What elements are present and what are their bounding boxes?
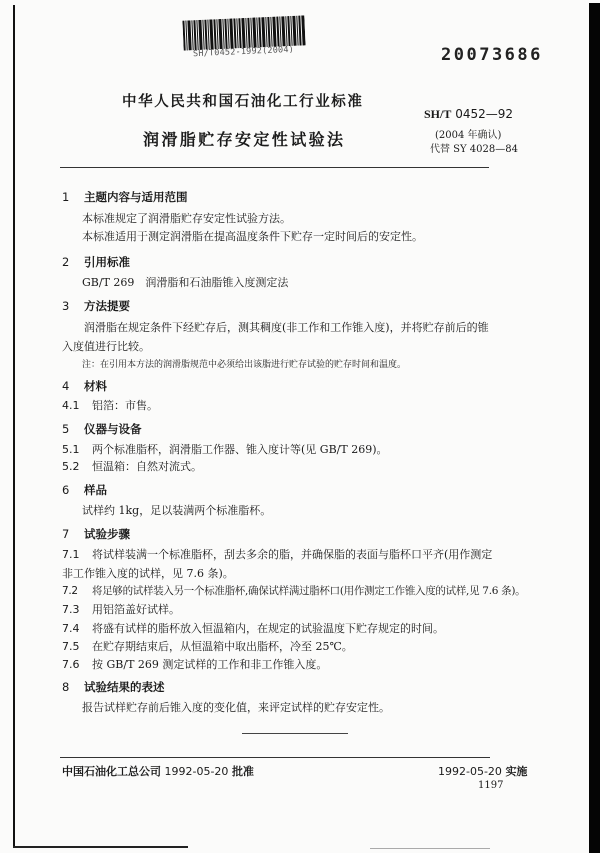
item-5-2: 5.2恒温箱：自然对流式。	[62, 457, 498, 476]
section-title: 主题内容与适用范围	[84, 190, 188, 204]
section-title: 引用标准	[84, 255, 130, 269]
item-7-6: 7.6按 GB/T 269 测定试样的工作和非工作锥入度。	[62, 655, 498, 674]
item-7-4: 7.4将盛有试样的脂杯放入恒温箱内，在规定的试验温度下贮存规定的时间。	[62, 619, 498, 638]
scan-left-edge	[13, 5, 15, 847]
footer-implement-date: 1992-05-20	[438, 765, 502, 778]
item-number: 7.5	[62, 637, 92, 656]
item-7-1: 7.1将试样装满一个标准脂杯，刮去多余的脂，并确保脂的表面与脂杯口平齐(用作测定…	[62, 545, 498, 583]
section-number: 4	[62, 379, 84, 393]
item-4-1: 4.1铝箔：市售。	[62, 396, 498, 415]
section-8-heading: 8试验结果的表述	[62, 679, 165, 695]
footer-implementation: 1992-05-20 实施	[438, 763, 527, 779]
item-text: 将足够的试样装入另一个标准脂杯,确保试样满过脂杯口(用作测定工作锥入度的试样,见…	[92, 585, 525, 597]
scan-right-border	[589, 3, 600, 853]
section-title: 方法提要	[84, 299, 130, 313]
section-2-heading: 2引用标准	[62, 254, 130, 270]
footer-implement-label: 实施	[505, 765, 527, 778]
item-7-2: 7.2将足够的试样装入另一个标准脂杯,确保试样满过脂杯口(用作测定工作锥入度的试…	[62, 582, 498, 601]
item-7-5: 7.5在贮存期结束后，从恒温箱中取出脂杯，冷至 25℃。	[62, 637, 498, 656]
item-number: 7.2	[62, 582, 92, 601]
page-number: 1197	[478, 780, 503, 791]
section-3-heading: 3方法提要	[62, 298, 130, 314]
item-number: 7.4	[62, 619, 92, 638]
scan-bottom-edge-right	[370, 848, 490, 849]
section-5-heading: 5仪器与设备	[62, 421, 142, 437]
end-of-text-rule	[242, 733, 348, 734]
item-7-3: 7.3用铝箔盖好试样。	[62, 600, 498, 619]
confirmation-note: (2004 年确认)	[435, 126, 501, 141]
item-text: 两个标准脂杯，润滑脂工作器、锥入度计等(见 GB/T 269)。	[92, 443, 387, 456]
header-divider	[60, 167, 489, 168]
footer-approve-date: 1992-05-20	[165, 765, 229, 778]
item-number: 7.6	[62, 655, 92, 674]
item-number: 5.2	[62, 457, 92, 476]
section-2-reference: GB/T 269 润滑脂和石油脂锥入度测定法	[82, 273, 522, 292]
footer-approve-label: 批准	[232, 765, 254, 778]
section-4-heading: 4材料	[62, 378, 107, 394]
item-text: 用铝箔盖好试样。	[92, 603, 180, 616]
item-text: 将试样装满一个标准脂杯，刮去多余的脂，并确保脂的表面与脂杯口平齐(用作测定非工作…	[62, 548, 492, 580]
section-8-para: 报告试样贮存前后锥入度的变化值，来评定试样的贮存安定性。	[82, 698, 522, 717]
section-3-note: 注：在引用本方法的润滑脂规范中必须给出该脂进行贮存试验的贮存时间和温度。	[82, 357, 406, 370]
section-number: 5	[62, 422, 84, 436]
section-3-para: 润滑脂在规定条件下经贮存后，测其稠度(非工作和工作锥入度)，并将贮存前后的锥入度…	[62, 318, 492, 356]
scan-bottom-edge	[13, 846, 188, 848]
section-title: 试验步骤	[84, 527, 130, 541]
standard-code-prefix: SH/T	[424, 107, 451, 121]
footer-approval: 中国石油化工总公司 1992-05-20 批准	[62, 763, 254, 779]
footer-issuer: 中国石油化工总公司	[62, 765, 161, 778]
section-1-para-2: 本标准适用于测定润滑脂在提高温度条件下贮存一定时间后的安定性。	[82, 227, 522, 246]
section-number: 2	[62, 255, 84, 269]
section-title: 样品	[84, 483, 107, 497]
footer-divider	[60, 757, 490, 758]
section-number: 6	[62, 483, 84, 497]
item-text: 铝箔：市售。	[92, 399, 158, 412]
section-title: 材料	[84, 379, 107, 393]
standard-code-number: 0452—92	[455, 107, 513, 121]
section-number: 7	[62, 527, 84, 541]
section-6-para: 试样约 1kg，足以装满两个标准脂杯。	[82, 501, 522, 520]
stamped-doc-number: 20073686	[441, 45, 543, 65]
section-1-heading: 1主题内容与适用范围	[62, 189, 188, 205]
section-title: 仪器与设备	[84, 422, 142, 436]
section-1-para-1: 本标准规定了润滑脂贮存安定性试验方法。	[82, 209, 522, 228]
item-text: 在贮存期结束后，从恒温箱中取出脂杯，冷至 25℃。	[92, 640, 353, 653]
section-title: 试验结果的表述	[84, 680, 165, 694]
section-number: 8	[62, 680, 84, 694]
replaces-note: 代替 SY 4028—84	[430, 140, 518, 155]
item-text: 将盛有试样的脂杯放入恒温箱内，在规定的试验温度下贮存规定的时间。	[92, 622, 444, 635]
standard-code: SH/T 0452—92	[424, 107, 513, 122]
item-number: 7.3	[62, 600, 92, 619]
document-title: 润滑脂贮存安定性试验法	[143, 127, 345, 150]
section-7-heading: 7试验步骤	[62, 526, 130, 542]
item-text: 按 GB/T 269 测定试样的工作和非工作锥入度。	[92, 658, 327, 671]
section-number: 1	[62, 190, 84, 204]
section-number: 3	[62, 299, 84, 313]
section-6-heading: 6样品	[62, 482, 107, 498]
item-text: 恒温箱：自然对流式。	[92, 460, 202, 473]
item-number: 4.1	[62, 396, 92, 415]
industry-standard-header: 中华人民共和国石油化工行业标准	[122, 90, 364, 111]
item-number: 7.1	[62, 545, 92, 564]
